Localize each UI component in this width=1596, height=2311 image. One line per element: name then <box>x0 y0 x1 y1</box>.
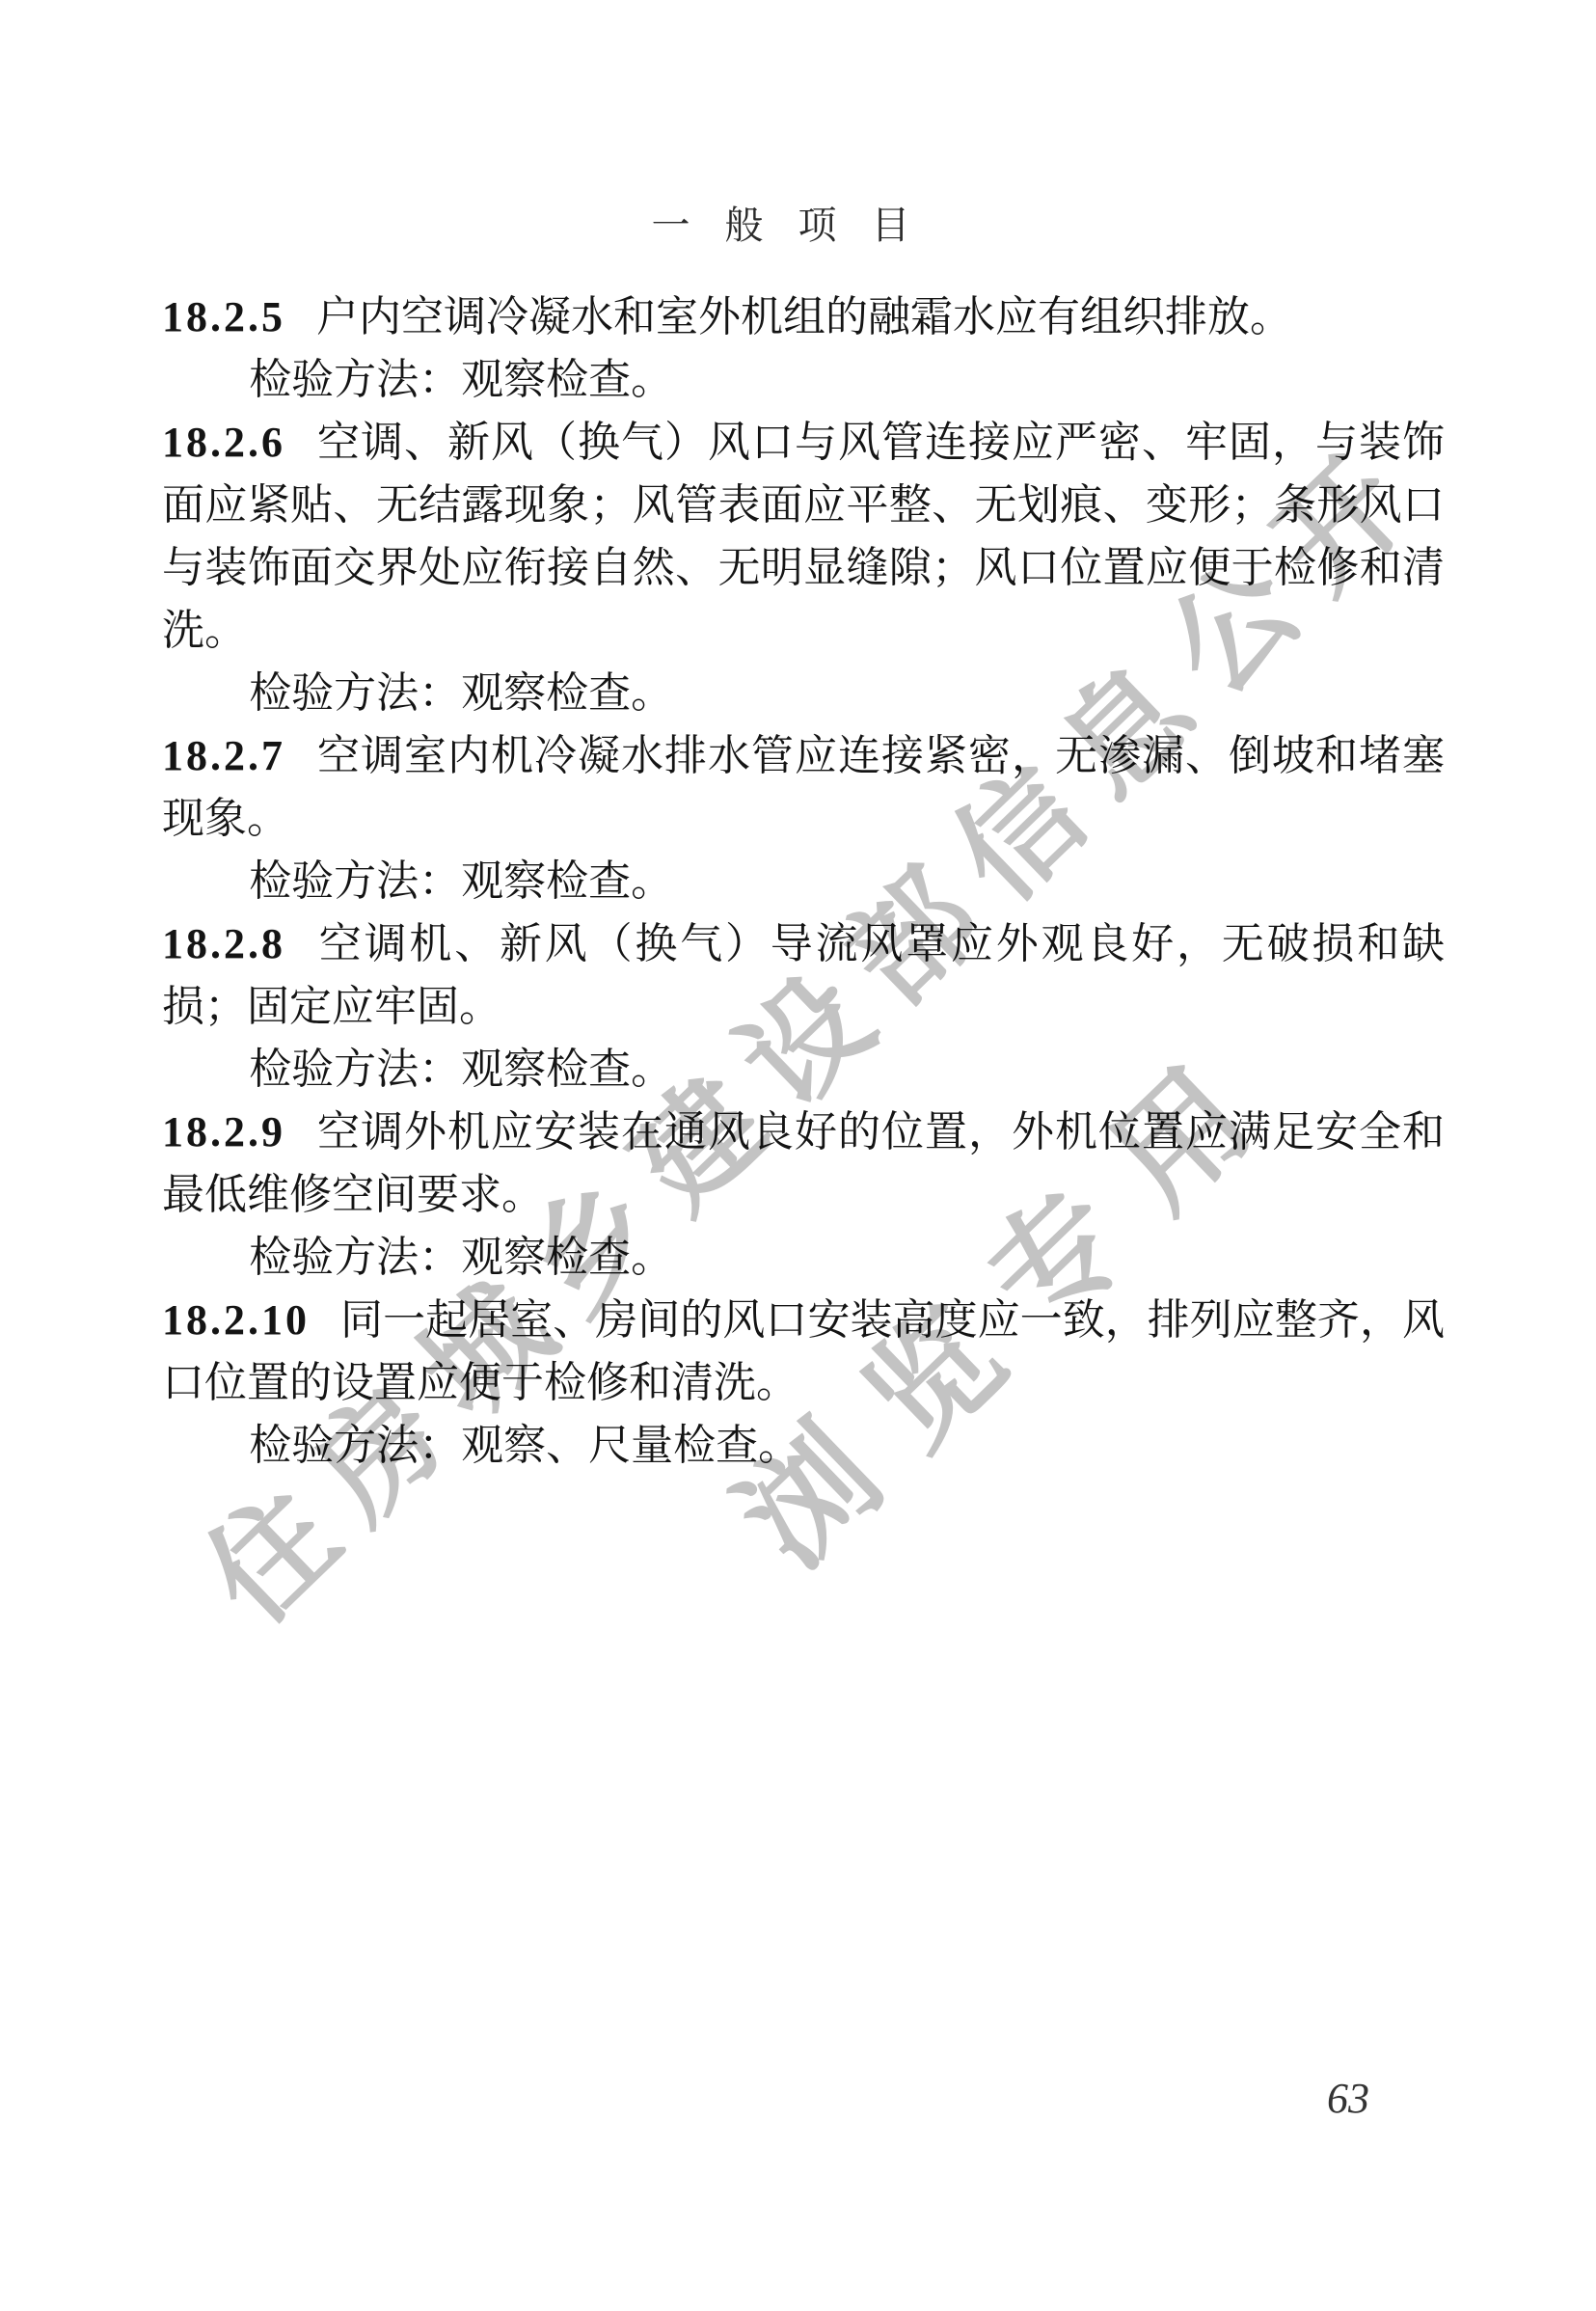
method-line: 检验方法：观察检查。 <box>162 850 1445 912</box>
clause-number: 18.2.10 <box>162 1296 310 1344</box>
clause-number: 18.2.5 <box>162 293 285 340</box>
clause-number: 18.2.8 <box>162 920 285 967</box>
clause-text: 空调室内机冷凝水排水管应连接紧密，无渗漏、倒坡和堵塞现象。 <box>162 732 1445 842</box>
clause-text: 同一起居室、房间的风口安装高度应一致，排列应整齐，风口位置的设置应便于检修和清洗… <box>162 1296 1445 1406</box>
document-page: 一般项目 18.2.5户内空调冷凝水和室外机组的融霜水应有组织排放。 检验方法：… <box>0 0 1596 2311</box>
clause-paragraph: 18.2.5户内空调冷凝水和室外机组的融霜水应有组织排放。 <box>162 285 1445 348</box>
clause-text: 空调外机应安装在通风良好的位置，外机位置应满足安全和最低维修空间要求。 <box>162 1108 1445 1218</box>
clause-paragraph: 18.2.7空调室内机冷凝水排水管应连接紧密，无渗漏、倒坡和堵塞现象。 <box>162 724 1445 850</box>
clause-number: 18.2.6 <box>162 419 285 466</box>
clause-text: 空调机、新风（换气）导流风罩应外观良好，无破损和缺损；固定应牢固。 <box>162 920 1445 1030</box>
clause-paragraph: 18.2.9空调外机应安装在通风良好的位置，外机位置应满足安全和最低维修空间要求… <box>162 1101 1445 1226</box>
method-line: 检验方法：观察检查。 <box>162 348 1445 411</box>
method-line: 检验方法：观察检查。 <box>162 662 1445 724</box>
clause-text: 户内空调冷凝水和室外机组的融霜水应有组织排放。 <box>316 293 1292 340</box>
clause-paragraph: 18.2.10同一起居室、房间的风口安装高度应一致，排列应整齐，风口位置的设置应… <box>162 1289 1445 1414</box>
clause-text: 空调、新风（换气）风口与风管连接应严密、牢固，与装饰面应紧贴、无结露现象；风管表… <box>162 419 1445 654</box>
clause-paragraph: 18.2.6空调、新风（换气）风口与风管连接应严密、牢固，与装饰面应紧贴、无结露… <box>162 411 1445 662</box>
page-number: 63 <box>1327 2074 1369 2123</box>
clause-number: 18.2.9 <box>162 1108 285 1155</box>
clause-number: 18.2.7 <box>162 732 285 779</box>
method-line: 检验方法：观察检查。 <box>162 1038 1445 1101</box>
method-line: 检验方法：观察检查。 <box>162 1226 1445 1289</box>
clause-paragraph: 18.2.8空调机、新风（换气）导流风罩应外观良好，无破损和缺损；固定应牢固。 <box>162 912 1445 1038</box>
method-line: 检验方法：观察、尺量检查。 <box>162 1414 1445 1477</box>
page-header-title: 一般项目 <box>0 195 1596 250</box>
document-body: 18.2.5户内空调冷凝水和室外机组的融霜水应有组织排放。 检验方法：观察检查。… <box>162 285 1445 1477</box>
